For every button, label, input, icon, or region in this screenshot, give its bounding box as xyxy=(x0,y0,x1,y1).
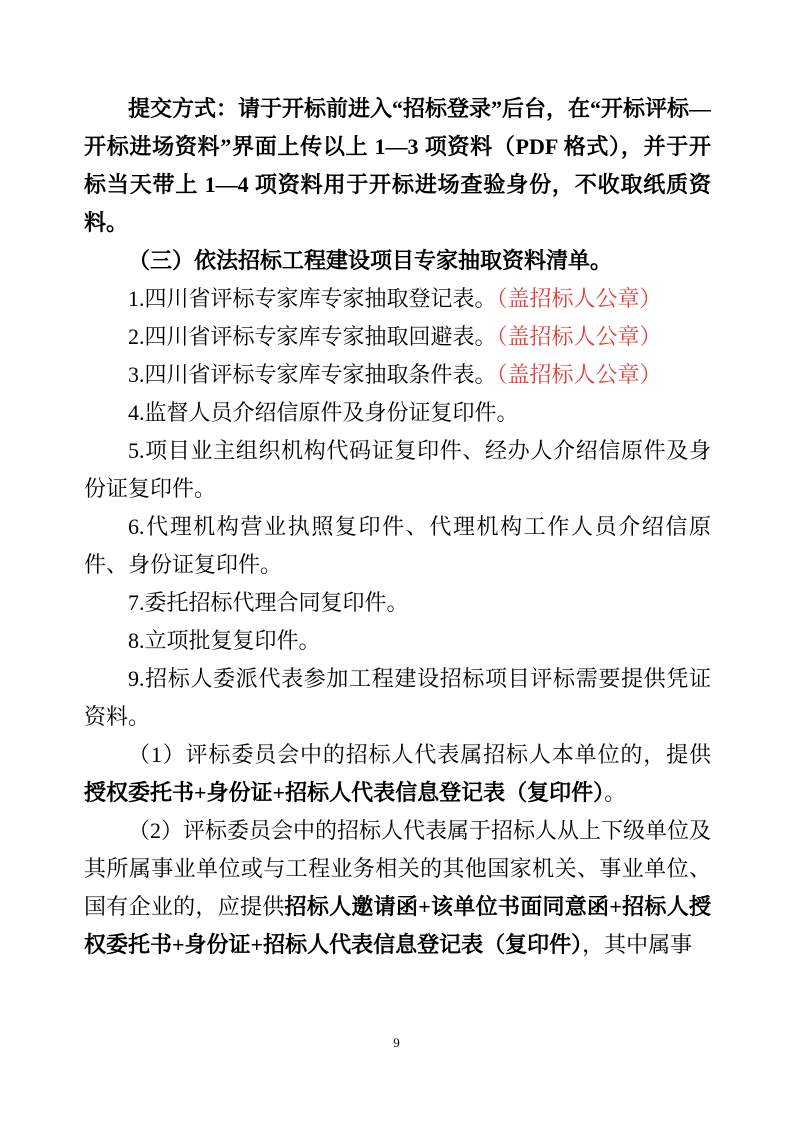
list-item-1: 1.四川省评标专家库专家抽取登记表。（盖招标人公章） xyxy=(84,280,711,318)
list-item-3-text: 3.四川省评标专家库专家抽取条件表。 xyxy=(128,362,497,387)
list-item-4: 4.监督人员介绍信原件及身份证复印件。 xyxy=(84,394,711,432)
para-submission-method: 提交方式：请于开标前进入“招标登录”后台，在“开标评标—开标进场资料”界面上传以… xyxy=(84,90,711,242)
stamp-note-2: （盖招标人公章） xyxy=(497,324,662,349)
list-item-9: 9.招标人委派代表参加工程建设招标项目评标需要提供凭证资料。 xyxy=(84,660,711,736)
heading-section-three: （三）依法招标工程建设项目专家抽取资料清单。 xyxy=(84,242,711,280)
document-content: 提交方式：请于开标前进入“招标登录”后台，在“开标评标—开标进场资料”界面上传以… xyxy=(84,90,711,964)
page-number: 9 xyxy=(0,1034,793,1052)
list-item-2-text: 2.四川省评标专家库专家抽取回避表。 xyxy=(128,324,497,349)
stamp-note-3: （盖招标人公章） xyxy=(497,362,662,387)
list-item-6: 6.代理机构营业执照复印件、代理机构工作人员介绍信原件、身份证复印件。 xyxy=(84,508,711,584)
sub-item-1-prefix: （1）评标委员会中的招标人代表属招标人本单位的，提供 xyxy=(128,742,711,767)
list-item-3: 3.四川省评标专家库专家抽取条件表。（盖招标人公章） xyxy=(84,356,711,394)
sub-item-1-bold-run: 授权委托书+身份证+招标人代表信息登记表（复印件） xyxy=(84,780,604,805)
list-item-7: 7.委托招标代理合同复印件。 xyxy=(84,584,711,622)
sub-item-1: （1）评标委员会中的招标人代表属招标人本单位的，提供授权委托书+身份证+招标人代… xyxy=(84,736,711,812)
list-item-2: 2.四川省评标专家库专家抽取回避表。（盖招标人公章） xyxy=(84,318,711,356)
list-item-5: 5.项目业主组织机构代码证复印件、经办人介绍信原件及身份证复印件。 xyxy=(84,432,711,508)
sub-item-1-suffix: 。 xyxy=(604,780,626,805)
document-page: 提交方式：请于开标前进入“招标登录”后台，在“开标评标—开标进场资料”界面上传以… xyxy=(0,0,793,1122)
list-item-8: 8.立项批复复印件。 xyxy=(84,622,711,660)
sub-item-2: （2）评标委员会中的招标人代表属于招标人从上下级单位及其所属事业单位或与工程业务… xyxy=(84,812,711,964)
list-item-1-text: 1.四川省评标专家库专家抽取登记表。 xyxy=(128,286,497,311)
sub-item-2-suffix: ，其中属事 xyxy=(582,932,692,957)
stamp-note-1: （盖招标人公章） xyxy=(497,286,662,311)
